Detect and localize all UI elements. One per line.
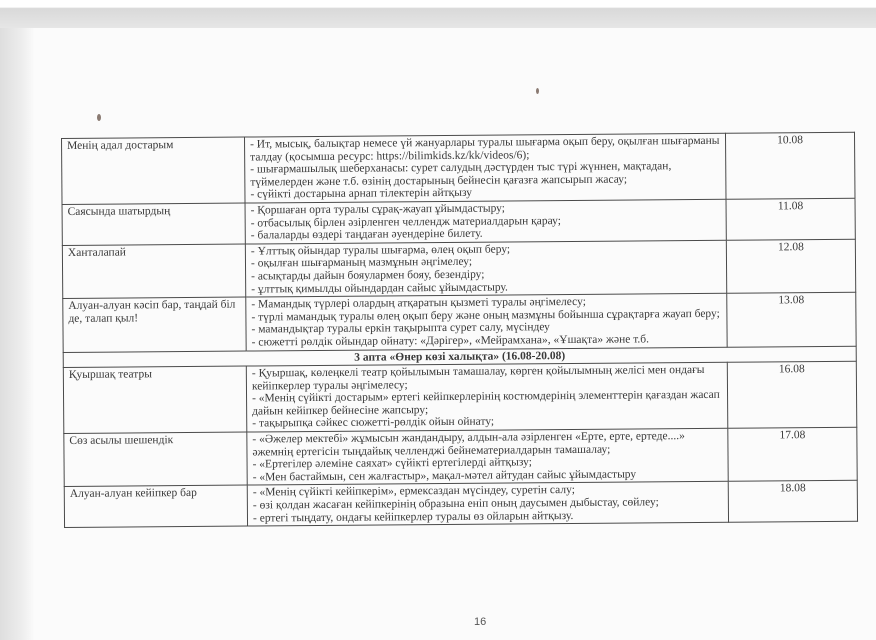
topic-cell: Ханталапай <box>62 244 245 299</box>
table-row: Менің адал достарым- Ит, мысық, балықтар… <box>62 132 855 204</box>
activity-item: - Ит, мысық, балықтар немесе үй жануарла… <box>250 135 720 164</box>
document-page: Менің адал достарым- Ит, мысық, балықтар… <box>34 28 876 640</box>
topic-cell: Алуан-алуан кәсіп бар, таңдай біл де, та… <box>63 297 246 352</box>
date-cell: 17.08 <box>728 427 857 481</box>
date-cell: 18.08 <box>728 481 857 523</box>
scan-shadow-left <box>0 28 34 640</box>
table-row: Ханталапай- Ұлттық ойындар туралы шығарм… <box>62 239 855 299</box>
activity-plan-table: Менің адал достарым- Ит, мысық, балықтар… <box>61 132 858 528</box>
activities-cell: - Қоршаған орта туралы сұрақ-жауап ұйымд… <box>245 199 726 244</box>
activities-cell: - Мамандық түрлері олардың атқаратын қыз… <box>246 293 727 350</box>
table-row: Саясында шатырдың- Қоршаған орта туралы … <box>62 198 855 245</box>
date-cell: 16.08 <box>727 361 857 428</box>
table-row: Алуан-алуан кейіпкер бар- «Менің сүйікті… <box>64 481 857 528</box>
scan-shadow-top <box>0 0 876 28</box>
table-row: Алуан-алуан кәсіп бар, таңдай біл де, та… <box>63 292 856 352</box>
date-cell: 10.08 <box>725 132 855 199</box>
scan-speck <box>97 114 101 121</box>
scan-speck <box>536 88 539 94</box>
table-row: Сөз асылы шешендік- «Әжелер мектебі» жұм… <box>64 427 857 487</box>
activities-cell: - «Әжелер мектебі» жұмысын жандандыру, а… <box>247 428 728 485</box>
activities-cell: - Ұлттық ойындар туралы шығарма, өлең оқ… <box>245 240 726 297</box>
page-number: 16 <box>474 616 486 628</box>
activity-item: - «Әжелер мектебі» жұмысын жандандыру, а… <box>252 430 722 459</box>
topic-cell: Менің адал достарым <box>62 137 246 204</box>
table-row: Қуыршақ театры- Қуыршақ, көлеңкелі театр… <box>63 361 856 433</box>
activity-item: - «Менің сүйікті достарым» ертегі кейіпк… <box>252 389 722 418</box>
activity-item: - шығармашылық шеберханасы: сурет салуды… <box>250 160 720 189</box>
date-cell: 13.08 <box>727 292 856 346</box>
topic-cell: Алуан-алуан кейіпкер бар <box>64 485 247 527</box>
activities-cell: - «Менің сүйікті кейіпкерім», ермексазда… <box>247 482 728 527</box>
activity-item: - Қуыршақ, көлеңкелі театр қойылымын там… <box>252 364 722 393</box>
date-cell: 11.08 <box>726 198 855 240</box>
activities-cell: - Ит, мысық, балықтар немесе үй жануарла… <box>244 133 726 203</box>
date-cell: 12.08 <box>726 239 855 293</box>
topic-cell: Саясында шатырдың <box>62 203 245 245</box>
topic-cell: Сөз асылы шешендік <box>64 432 247 487</box>
topic-cell: Қуыршақ театры <box>63 366 247 433</box>
activities-cell: - Қуыршақ, көлеңкелі театр қойылымын там… <box>246 362 728 432</box>
